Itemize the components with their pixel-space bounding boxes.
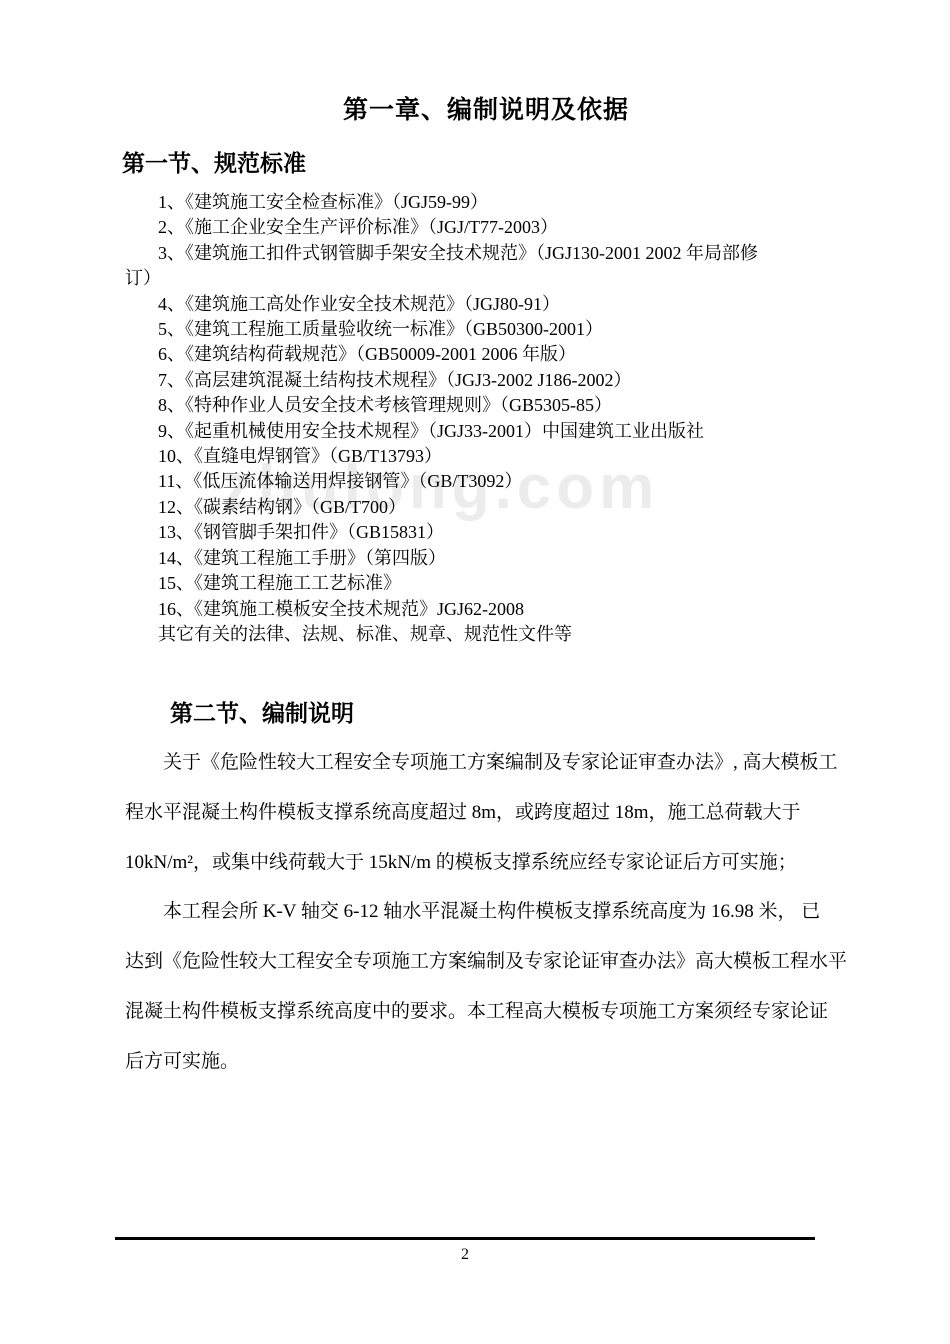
standards-list-line: 9、《起重机械使用安全技术规程》（JGJ33-2001）中国建筑工业出版社 bbox=[125, 419, 865, 444]
paragraph-line: 达到《危险性较大工程安全专项施工方案编制及专家论证审查办法》高大模板工程水平 bbox=[125, 937, 885, 987]
paragraph-line: 后方可实施。 bbox=[125, 1037, 885, 1087]
document-page: zhulong.com 第一章、编制说明及依据 第一节、规范标准 1、《建筑施工… bbox=[0, 0, 950, 1344]
standards-list-line: 11、《低压流体输送用焊接钢管》（GB/T3092） bbox=[125, 469, 865, 494]
paragraph-line: 10kN/m²，或集中线荷载大于 15kN/m 的模板支撑系统应经专家论证后方可… bbox=[125, 838, 885, 888]
standards-list-line: 5、《建筑工程施工质量验收统一标准》（GB50300-2001） bbox=[125, 317, 865, 342]
section1-heading: 第一节、规范标准 bbox=[122, 150, 950, 178]
footer-divider bbox=[115, 1237, 815, 1240]
standards-list-line: 16、《建筑施工模板安全技术规范》JGJ62-2008 bbox=[125, 597, 865, 622]
paragraph-line: 混凝土构件模板支撑系统高度中的要求。本工程高大模板专项施工方案须经专家论证 bbox=[125, 987, 885, 1037]
standards-list-line: 12、《碳素结构钢》（GB/T700） bbox=[125, 495, 865, 520]
standards-list: 1、《建筑施工安全检查标准》（JGJ59-99）2、《施工企业安全生产评价标准》… bbox=[125, 190, 865, 647]
standards-list-line: 7、《高层建筑混凝土结构技术规程》（JGJ3-2002 J186-2002） bbox=[125, 368, 865, 393]
section2-heading: 第二节、编制说明 bbox=[125, 700, 950, 728]
standards-list-line: 2、《施工企业安全生产评价标准》（JGJ/T77-2003） bbox=[125, 215, 865, 240]
section2-body: 关于《危险性较大工程安全专项施工方案编制及专家论证审查办法》, 高大模板工程水平… bbox=[125, 738, 885, 1086]
page-number: 2 bbox=[115, 1245, 815, 1265]
standards-list-line: 3、《建筑施工扣件式钢管脚手架安全技术规范》（JGJ130-2001 2002 … bbox=[125, 241, 865, 266]
standards-list-line: 其它有关的法律、法规、标准、规章、规范性文件等 bbox=[125, 622, 865, 647]
paragraph-line: 本工程会所 K-V 轴交 6-12 轴水平混凝土构件模板支撑系统高度为 16.9… bbox=[125, 887, 885, 937]
standards-list-line: 8、《特种作业人员安全技术考核管理规则》（GB5305-85） bbox=[125, 393, 865, 418]
standards-list-line: 4、《建筑施工高处作业安全技术规范》（JGJ80-91） bbox=[125, 292, 865, 317]
standards-list-line: 13、《钢管脚手架扣件》（GB15831） bbox=[125, 520, 865, 545]
standards-list-line: 15、《建筑工程施工工艺标准》 bbox=[125, 571, 865, 596]
chapter-title: 第一章、编制说明及依据 bbox=[125, 96, 847, 126]
standards-list-line: 14、《建筑工程施工手册》（第四版） bbox=[125, 546, 865, 571]
standards-list-line: 6、《建筑结构荷载规范》（GB50009-2001 2006 年版） bbox=[125, 342, 865, 367]
paragraph-line: 关于《危险性较大工程安全专项施工方案编制及专家论证审查办法》, 高大模板工 bbox=[125, 738, 885, 788]
standards-list-line: 订） bbox=[125, 266, 865, 291]
standards-list-line: 1、《建筑施工安全检查标准》（JGJ59-99） bbox=[125, 190, 865, 215]
standards-list-line: 10、《直缝电焊钢管》（GB/T13793） bbox=[125, 444, 865, 469]
paragraph-line: 程水平混凝土构件模板支撑系统高度超过 8m，或跨度超过 18m，施工总荷载大于 bbox=[125, 788, 885, 838]
